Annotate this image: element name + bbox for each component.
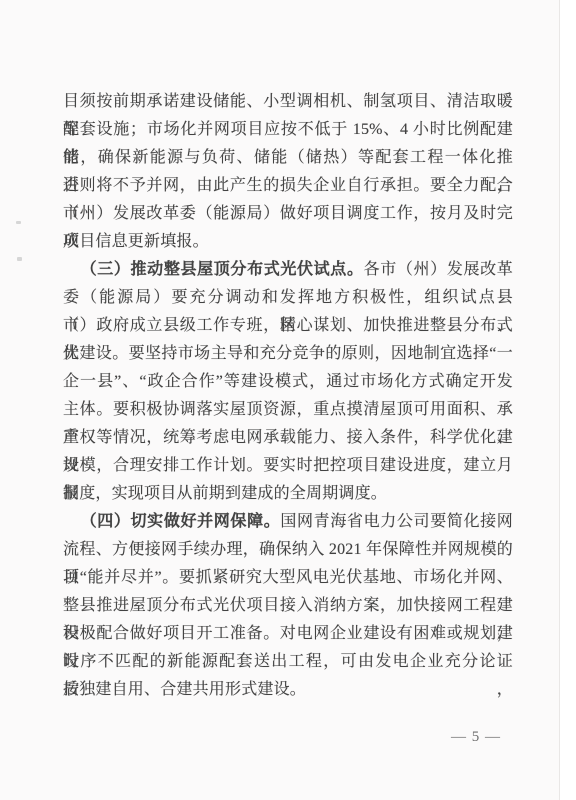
- text-line: 市）政府成立县级工作专班，精心谋划、加快推进整县分布式光: [63, 312, 513, 340]
- text-line: 产权等情况，统筹考虑电网承载能力、接入条件，科学优化建设: [63, 424, 513, 452]
- text-line: 规模，合理安排工作计划。要实时把控项目建设进度，建立月报: [63, 452, 513, 480]
- text-line: 能，确保新能源与负荷、储能（储热）等配套工程一体化推进，: [63, 144, 513, 172]
- text-line: 委（能源局）要充分调动和发挥地方积极性，组织试点县（区、: [63, 284, 513, 312]
- screenshot-root: 目须按前期承诺建设储能、小型调相机、制氢项目、清洁取暖等配套设施；市场化并网项目…: [0, 0, 576, 800]
- body-text: 各市（州）发展改革: [364, 261, 513, 278]
- text-line: 否则将不予并网，由此产生的损失企业自行承担。要全力配合市: [63, 172, 513, 200]
- text-block: 目须按前期承诺建设储能、小型调相机、制氢项目、清洁取暖等配套设施；市场化并网项目…: [63, 88, 513, 704]
- body-text: 伏建设。要坚持市场主导和充分竞争的原则，因地制宜选择“一: [63, 345, 513, 362]
- text-line: （四）切实做好并网保障。国网青海省电力公司要简化接网: [63, 508, 513, 536]
- text-line: 流程、方便接网手续办理，确保纳入 2021 年保障性并网规模的项: [63, 536, 513, 564]
- section-heading: （三）推动整县屋顶分布式光伏试点。: [81, 261, 364, 278]
- text-line: 时序不匹配的新能源配套送出工程，可由发电企业充分论证后，: [63, 648, 513, 676]
- page-number: — 5 —: [436, 728, 516, 746]
- body-text: 国网青海省电力公司要简化接网: [280, 513, 513, 530]
- section-heading: （四）切实做好并网保障。: [81, 513, 281, 530]
- text-line: 目“能并尽并”。要抓紧研究大型风电光伏基地、市场化并网、: [63, 564, 513, 592]
- body-text: 项目信息更新填报。: [63, 233, 209, 250]
- text-line: 制度，实现项目从前期到建成的全周期调度。: [63, 480, 513, 508]
- body-text: 制度，实现项目从前期到建成的全周期调度。: [63, 485, 387, 502]
- body-text: 按独建自用、合建共用形式建设。: [63, 681, 306, 698]
- text-line: 整县推进屋顶分布式光伏项目接入消纳方案，加快接网工程建设，: [63, 592, 513, 620]
- document-page: 目须按前期承诺建设储能、小型调相机、制氢项目、清洁取暖等配套设施；市场化并网项目…: [0, 0, 560, 800]
- text-line: 企一县”、“政企合作”等建设模式，通过市场化方式确定开发: [63, 368, 513, 396]
- text-line: 目须按前期承诺建设储能、小型调相机、制氢项目、清洁取暖等: [63, 88, 513, 116]
- body-text: 目“能并尽并”。要抓紧研究大型风电光伏基地、市场化并网、: [63, 569, 513, 586]
- text-line: 伏建设。要坚持市场主导和充分竞争的原则，因地制宜选择“一: [63, 340, 513, 368]
- text-line: （三）推动整县屋顶分布式光伏试点。各市（州）发展改革: [63, 256, 513, 284]
- text-line: 项目信息更新填报。: [63, 228, 513, 256]
- body-text: 企一县”、“政企合作”等建设模式，通过市场化方式确定开发: [63, 373, 513, 390]
- scan-speck: [17, 257, 22, 261]
- text-line: 主体。要积极协调落实屋顶资源，重点摸清屋顶可用面积、承重、: [63, 396, 513, 424]
- text-line: 积极配合做好项目开工准备。对电网企业建设有困难或规划建设: [63, 620, 513, 648]
- text-line: （州）发展改革委（能源局）做好项目调度工作，按月及时完成: [63, 200, 513, 228]
- scan-speck: [16, 221, 21, 224]
- text-line: 配套设施；市场化并网项目应按不低于 15%、4 小时比例配建储: [63, 116, 513, 144]
